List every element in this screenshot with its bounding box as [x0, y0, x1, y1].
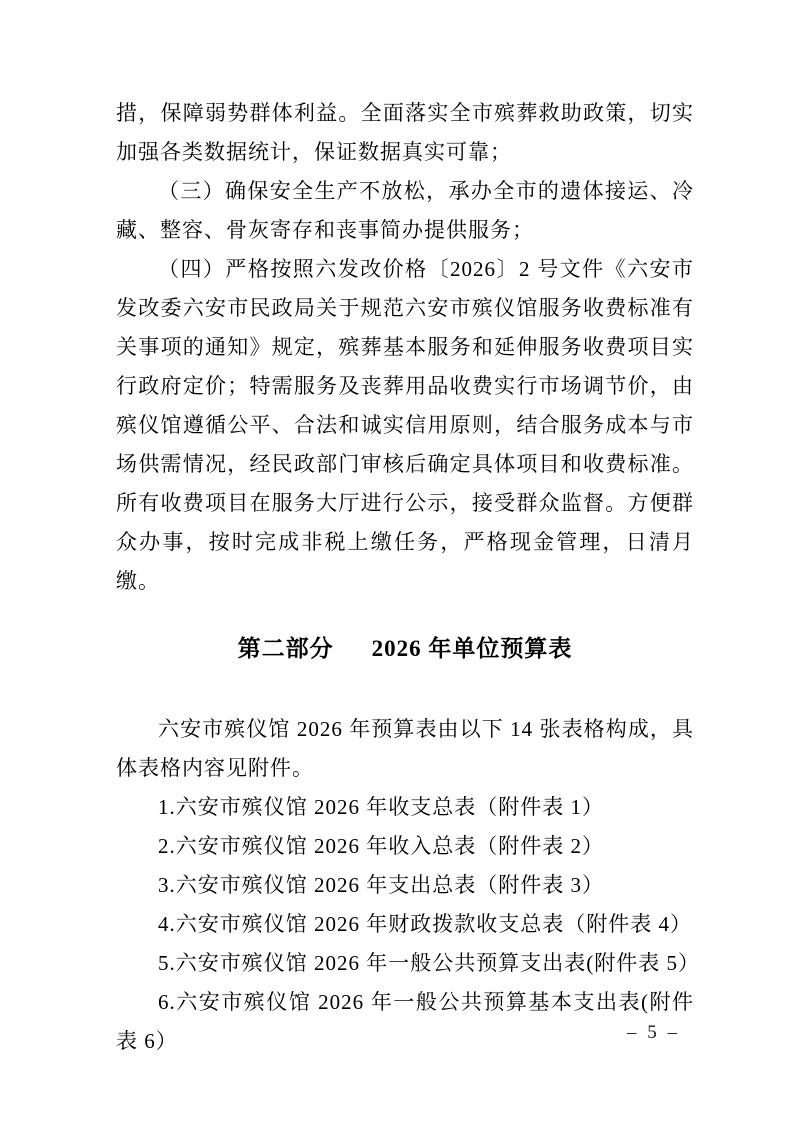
section-heading: 第二部分2026 年单位预算表	[116, 629, 694, 668]
section-heading-part-number: 第二部分	[238, 636, 334, 661]
table-list-item-5: 5.六安市殡仪馆 2026 年一般公共预算支出表(附件表 5）	[116, 944, 694, 983]
section-heading-title: 2026 年单位预算表	[372, 636, 573, 661]
table-list-item-6: 6.六安市殡仪馆 2026 年一般公共预算基本支出表(附件表 6）	[116, 983, 694, 1061]
intro-paragraph: 六安市殡仪馆 2026 年预算表由以下 14 张表格构成，具体表格内容见附件。	[116, 710, 694, 788]
body-paragraph-continuation: 措，保障弱势群体利益。全面落实全市殡葬救助政策，切实加强各类数据统计，保证数据真…	[116, 94, 694, 172]
body-paragraph-item-three: （三）确保安全生产不放松，承办全市的遗体接运、冷藏、整容、骨灰寄存和丧事简办提供…	[116, 172, 694, 250]
table-list-item-1: 1.六安市殡仪馆 2026 年收支总表（附件表 1）	[116, 788, 694, 827]
document-page: 措，保障弱势群体利益。全面落实全市殡葬救助政策，切实加强各类数据统计，保证数据真…	[0, 0, 800, 1131]
page-number: – 5 –	[627, 1022, 680, 1044]
table-list-item-2: 2.六安市殡仪馆 2026 年收入总表（附件表 2）	[116, 827, 694, 866]
document-content: 措，保障弱势群体利益。全面落实全市殡葬救助政策，切实加强各类数据统计，保证数据真…	[116, 94, 694, 1061]
table-list: 1.六安市殡仪馆 2026 年收支总表（附件表 1） 2.六安市殡仪馆 2026…	[116, 788, 694, 1061]
body-paragraph-item-four: （四）严格按照六发改价格〔2026〕2 号文件《六安市发改委六安市民政局关于规范…	[116, 250, 694, 601]
table-list-item-3: 3.六安市殡仪馆 2026 年支出总表（附件表 3）	[116, 866, 694, 905]
table-list-item-4: 4.六安市殡仪馆 2026 年财政拨款收支总表（附件表 4）	[116, 905, 694, 944]
